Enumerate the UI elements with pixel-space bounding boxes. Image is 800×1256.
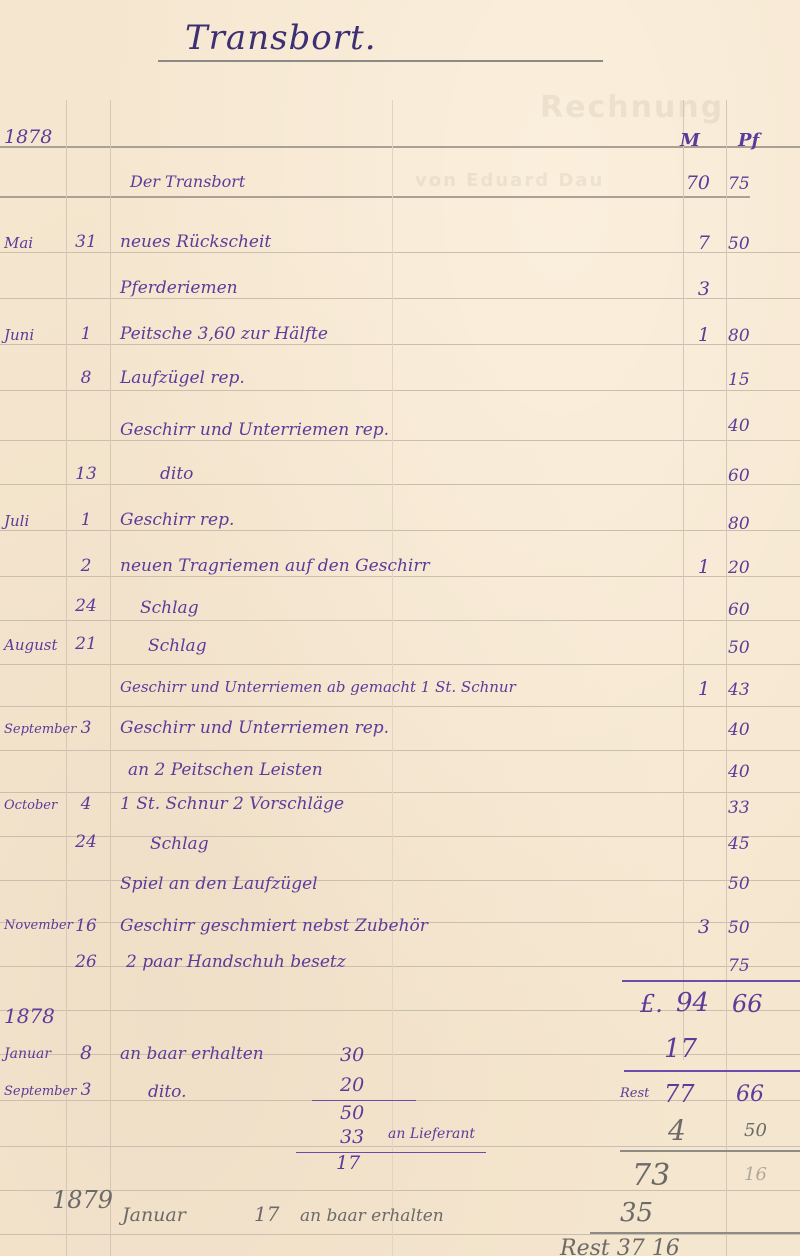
page-title: Transbort.: [185, 18, 377, 58]
entry-day: 16: [68, 916, 104, 936]
payment-month: Januar: [4, 1046, 51, 1062]
entry-month: September: [4, 722, 76, 737]
entry-pf: 40: [728, 720, 768, 740]
entry-day: 1: [68, 510, 104, 530]
entry-day: 21: [68, 634, 104, 654]
carry-over-mark: 70: [660, 172, 710, 194]
settlement-result-pf: 16: [744, 1164, 767, 1185]
ruled-line: [0, 620, 800, 621]
pencil-note-year: 1879: [52, 1186, 113, 1214]
entry-description: Geschirr und Unterriemen rep.: [120, 420, 389, 440]
entry-day: 8: [68, 368, 104, 388]
entry-month: Juli: [4, 512, 29, 530]
header-mark: M: [680, 130, 700, 151]
ruled-line: [0, 706, 800, 707]
payments-difference: 17: [336, 1152, 360, 1174]
entry-description: Geschirr geschmiert nebst Zubehör: [120, 916, 428, 936]
entry-pf: 45: [728, 834, 768, 854]
entry-mark: 3: [660, 278, 710, 300]
total-pf: 66: [732, 990, 763, 1018]
payment-day: 8: [68, 1042, 104, 1064]
ruled-line: [0, 530, 800, 531]
payment-amount: 30: [340, 1044, 364, 1066]
entry-description: Geschirr rep.: [120, 510, 234, 530]
header-year: 1878: [4, 126, 52, 148]
entry-description: an 2 Peitschen Leisten: [128, 760, 323, 780]
entry-month: August: [4, 636, 57, 654]
ruled-line: [0, 836, 800, 837]
entry-day: 31: [68, 232, 104, 252]
entry-day: 1: [68, 324, 104, 344]
payments-year: 1878: [4, 1004, 55, 1028]
entry-mark: 3: [660, 916, 710, 938]
entry-day: 3: [68, 718, 104, 738]
entry-description: Schlag: [140, 598, 199, 618]
settlement-result-mark: 73: [632, 1158, 670, 1193]
ruled-line: [0, 792, 800, 793]
payments-sum-rule: [312, 1100, 416, 1101]
entry-description: neuen Tragriemen auf den Geschirr: [120, 556, 430, 576]
entry-mark: 7: [660, 232, 710, 254]
entry-month: Juni: [4, 326, 34, 344]
entry-pf: 40: [728, 416, 768, 436]
pencil-note-description: an baar erhalten: [300, 1206, 444, 1226]
entry-description: 2 paar Handschuh besetz: [126, 952, 346, 972]
entry-day: 13: [68, 464, 104, 484]
pencil-note-month: Januar: [122, 1204, 186, 1226]
header-pf: Pf: [738, 130, 759, 151]
entry-pf: 50: [728, 234, 768, 254]
entry-description: dito: [160, 464, 193, 484]
total-prefix: £.: [640, 990, 663, 1018]
entry-description: Pferderiemen: [120, 278, 238, 298]
entry-pf: 60: [728, 466, 768, 486]
ruled-line: [0, 390, 800, 391]
pencil-note-final: Rest 37 16: [560, 1236, 680, 1256]
entry-description: Schlag: [150, 834, 209, 854]
entry-pf: 33: [728, 798, 768, 818]
column-rule-month: [66, 100, 67, 1256]
payments-deduction-note: an Lieferant: [388, 1126, 475, 1142]
settlement-rest-pf: 66: [736, 1082, 764, 1107]
settlement-rest-mark: 77: [664, 1080, 695, 1108]
settlement-rest-label: Rest: [620, 1086, 649, 1101]
ruled-line: [0, 196, 750, 198]
pencil-note-rule: [590, 1232, 800, 1234]
payment-amount: 20: [340, 1074, 364, 1096]
entry-pf: 60: [728, 600, 768, 620]
entry-description: 1 St. Schnur 2 Vorschläge: [120, 794, 344, 814]
entry-pf: 80: [728, 514, 768, 534]
watermark-rechnung: Rechnung: [540, 90, 724, 125]
entry-description: Schlag: [148, 636, 207, 656]
entry-mark: 1: [660, 556, 710, 578]
pencil-note-day: 17: [254, 1202, 279, 1226]
settlement-add-mark: 4: [668, 1114, 686, 1147]
column-rule-day: [110, 100, 111, 1256]
entry-day: 2: [68, 556, 104, 576]
settlement-pencil-rule: [620, 1150, 800, 1152]
total-rule: [622, 980, 800, 982]
entry-mark: 1: [660, 324, 710, 346]
entry-description: Geschirr und Unterriemen rep.: [120, 718, 389, 738]
payment-description: dito.: [148, 1082, 187, 1102]
entry-day: 26: [68, 952, 104, 972]
entry-description: neues Rückscheit: [120, 232, 271, 252]
ruled-line: [0, 750, 800, 751]
entry-pf: 50: [728, 918, 768, 938]
entry-pf: 75: [728, 956, 768, 976]
payment-month: September: [4, 1084, 76, 1099]
ruled-line: [0, 1234, 800, 1235]
entry-pf: 50: [728, 638, 768, 658]
payments-subtotal: 50: [340, 1102, 364, 1124]
entry-month: October: [4, 798, 57, 813]
carry-over-pf: 75: [728, 174, 768, 194]
entry-description: Laufzügel rep.: [120, 368, 245, 388]
pencil-note-amount: 35: [620, 1198, 653, 1228]
entry-day: 4: [68, 794, 104, 814]
entry-mark: 1: [660, 678, 710, 700]
column-rule-pf: [726, 100, 727, 1256]
settlement-add-pf: 50: [744, 1120, 767, 1141]
settlement-minus: 17: [664, 1034, 697, 1064]
entry-description: Spiel an den Laufzügel: [120, 874, 318, 894]
entry-month: November: [4, 918, 73, 933]
entry-day: 24: [68, 832, 104, 852]
entry-description: Peitsche 3,60 zur Hälfte: [120, 324, 328, 344]
entry-pf: 40: [728, 762, 768, 782]
ruled-line: [0, 440, 800, 441]
total-mark: 94: [676, 988, 709, 1018]
watermark-sender: von Eduard Dau: [415, 170, 604, 191]
entry-pf: 15: [728, 370, 768, 390]
payments-deduction: 33: [340, 1126, 364, 1148]
ledger-page: Rechnung von Eduard Dau Transbort. 1878 …: [0, 0, 800, 1256]
ruled-line: [0, 1190, 800, 1191]
title-underline: [158, 60, 603, 62]
payment-description: an baar erhalten: [120, 1044, 264, 1064]
entry-pf: 50: [728, 874, 768, 894]
ruled-line: [0, 966, 800, 967]
entry-pf: 20: [728, 558, 768, 578]
entry-pf: 43: [728, 680, 768, 700]
settlement-rule: [624, 1070, 800, 1072]
ruled-line: [0, 664, 800, 665]
entry-day: 24: [68, 596, 104, 616]
carry-over-label: Der Transbort: [130, 172, 245, 191]
ruled-line: [0, 484, 800, 485]
entry-month: Mai: [4, 234, 33, 252]
entry-pf: 80: [728, 326, 768, 346]
payments-diff-rule: [296, 1152, 486, 1153]
entry-description: Geschirr und Unterriemen ab gemacht 1 St…: [120, 678, 516, 696]
payment-day: 3: [68, 1080, 104, 1100]
